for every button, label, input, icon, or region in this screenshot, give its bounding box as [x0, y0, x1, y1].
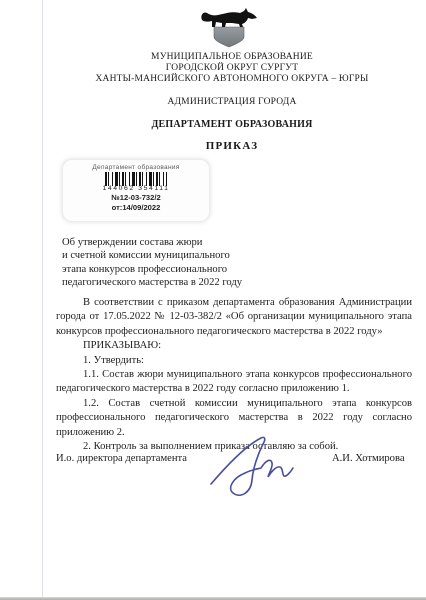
subject-line4: педагогического мастерства в 2022 году [62, 276, 362, 289]
letterhead: МУНИЦИПАЛЬНОЕ ОБРАЗОВАНИЕ ГОРОДСКОЙ ОКРУ… [42, 52, 422, 152]
order-subject: Об утверждении состава жюри и счетной ко… [62, 236, 362, 289]
department-line: ДЕПАРТАМЕНТ ОБРАЗОВАНИЯ [42, 119, 422, 130]
administration-line: АДМИНИСТРАЦИЯ ГОРОДА [42, 97, 422, 108]
org-name-line3: ХАНТЫ-МАНСИЙСКОГО АВТОНОМНОГО ОКРУГА – Ю… [42, 74, 422, 85]
handwritten-signature-icon [203, 430, 305, 502]
stamp-department-label: Департамент образования [92, 164, 179, 171]
registration-stamp: Департамент образования 144062 354111 №1… [62, 159, 210, 222]
fox-icon [201, 8, 257, 27]
subject-line2: и счетной комиссии муниципального [62, 249, 362, 262]
body-item-1: 1. Утвердить: [56, 354, 412, 368]
signer-name: А.И. Хотмирова [332, 453, 405, 464]
document-page: МУНИЦИПАЛЬНОЕ ОБРАЗОВАНИЕ ГОРОДСКОЙ ОКРУ… [0, 0, 426, 600]
org-name-line2: ГОРОДСКОЙ ОКРУГ СУРГУТ [42, 63, 422, 74]
registration-date: от:14/09/2022 [112, 203, 161, 212]
signer-position: И.о. директора департамента [56, 453, 187, 464]
shield-icon [214, 27, 244, 47]
subject-line3: этапа конкурсов профессионального [62, 263, 362, 276]
barcode-icon [105, 172, 167, 186]
surgut-coat-of-arms [198, 6, 260, 49]
document-type-title: ПРИКАЗ [42, 141, 422, 152]
body-resolution: ПРИКАЗЫВАЮ: [56, 339, 412, 353]
registration-number: №12-03-732/2 [111, 193, 160, 202]
body-item-1-1: 1.1. Состав жюри муниципального этапа ко… [56, 368, 412, 397]
barcode-digits: 144062 354111 [102, 185, 169, 192]
subject-line1: Об утверждении состава жюри [62, 236, 362, 249]
org-name-line1: МУНИЦИПАЛЬНОЕ ОБРАЗОВАНИЕ [42, 52, 422, 63]
emblem-icon [198, 6, 260, 49]
body-paragraph-1: В соответствии с приказом департамента о… [56, 296, 412, 339]
